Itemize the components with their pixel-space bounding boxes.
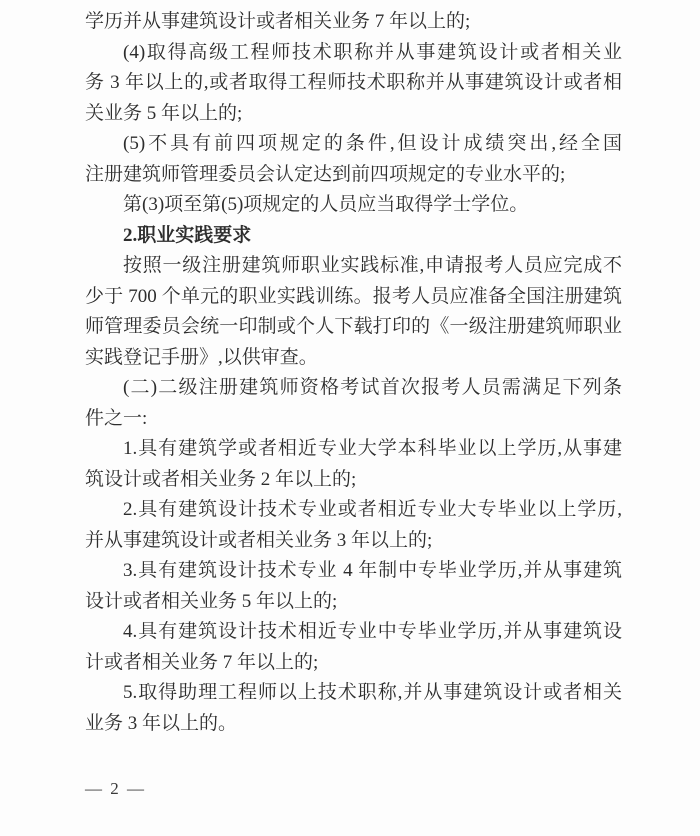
text-line: 少于 700 个单元的职业实践训练。报考人员应准备全国注册建筑: [85, 282, 622, 313]
section-heading: 2.职业实践要求: [85, 221, 622, 252]
text-line: 筑设计或者相关业务 2 年以上的;: [85, 465, 622, 496]
text-block: 学历并从事建筑设计或者相关业务 7 年以上的;(4)取得高级工程师技术职称并从事…: [85, 7, 622, 739]
text-line: 并从事建筑设计或者相关业务 3 年以上的;: [85, 526, 622, 557]
text-line: 按照一级注册建筑师职业实践标准,申请报考人员应完成不: [85, 251, 622, 282]
text-line: (5)不具有前四项规定的条件,但设计成绩突出,经全国: [85, 129, 622, 160]
text-line: 务 3 年以上的,或者取得工程师技术职称并从事建筑设计或者相: [85, 68, 622, 99]
text-line: 注册建筑师管理委员会认定达到前四项规定的专业水平的;: [85, 160, 622, 191]
text-line: 计或者相关业务 7 年以上的;: [85, 648, 622, 679]
text-line: (二)二级注册建筑师资格考试首次报考人员需满足下列条: [85, 373, 622, 404]
text-line: (4)取得高级工程师技术职称并从事建筑设计或者相关业: [85, 38, 622, 69]
text-line: 设计或者相关业务 5 年以上的;: [85, 587, 622, 618]
text-line: 实践登记手册》,以供审查。: [85, 343, 622, 374]
document-page: 学历并从事建筑设计或者相关业务 7 年以上的;(4)取得高级工程师技术职称并从事…: [0, 0, 700, 836]
text-line: 件之一:: [85, 404, 622, 435]
text-line: 3.具有建筑设计技术专业 4 年制中专毕业学历,并从事建筑: [85, 556, 622, 587]
text-line: 第(3)项至第(5)项规定的人员应当取得学士学位。: [85, 190, 622, 221]
text-line: 1.具有建筑学或者相近专业大学本科毕业以上学历,从事建: [85, 434, 622, 465]
text-line: 4.具有建筑设计技术相近专业中专毕业学历,并从事建筑设: [85, 617, 622, 648]
text-line: 业务 3 年以上的。: [85, 709, 622, 740]
text-line: 学历并从事建筑设计或者相关业务 7 年以上的;: [85, 7, 622, 38]
text-line: 关业务 5 年以上的;: [85, 99, 622, 130]
text-line: 2.具有建筑设计技术专业或者相近专业大专毕业以上学历,: [85, 495, 622, 526]
text-line: 师管理委员会统一印制或个人下载打印的《一级注册建筑师职业: [85, 312, 622, 343]
text-line: 5.取得助理工程师以上技术职称,并从事建筑设计或者相关: [85, 678, 622, 709]
page-number: — 2 —: [85, 779, 146, 799]
